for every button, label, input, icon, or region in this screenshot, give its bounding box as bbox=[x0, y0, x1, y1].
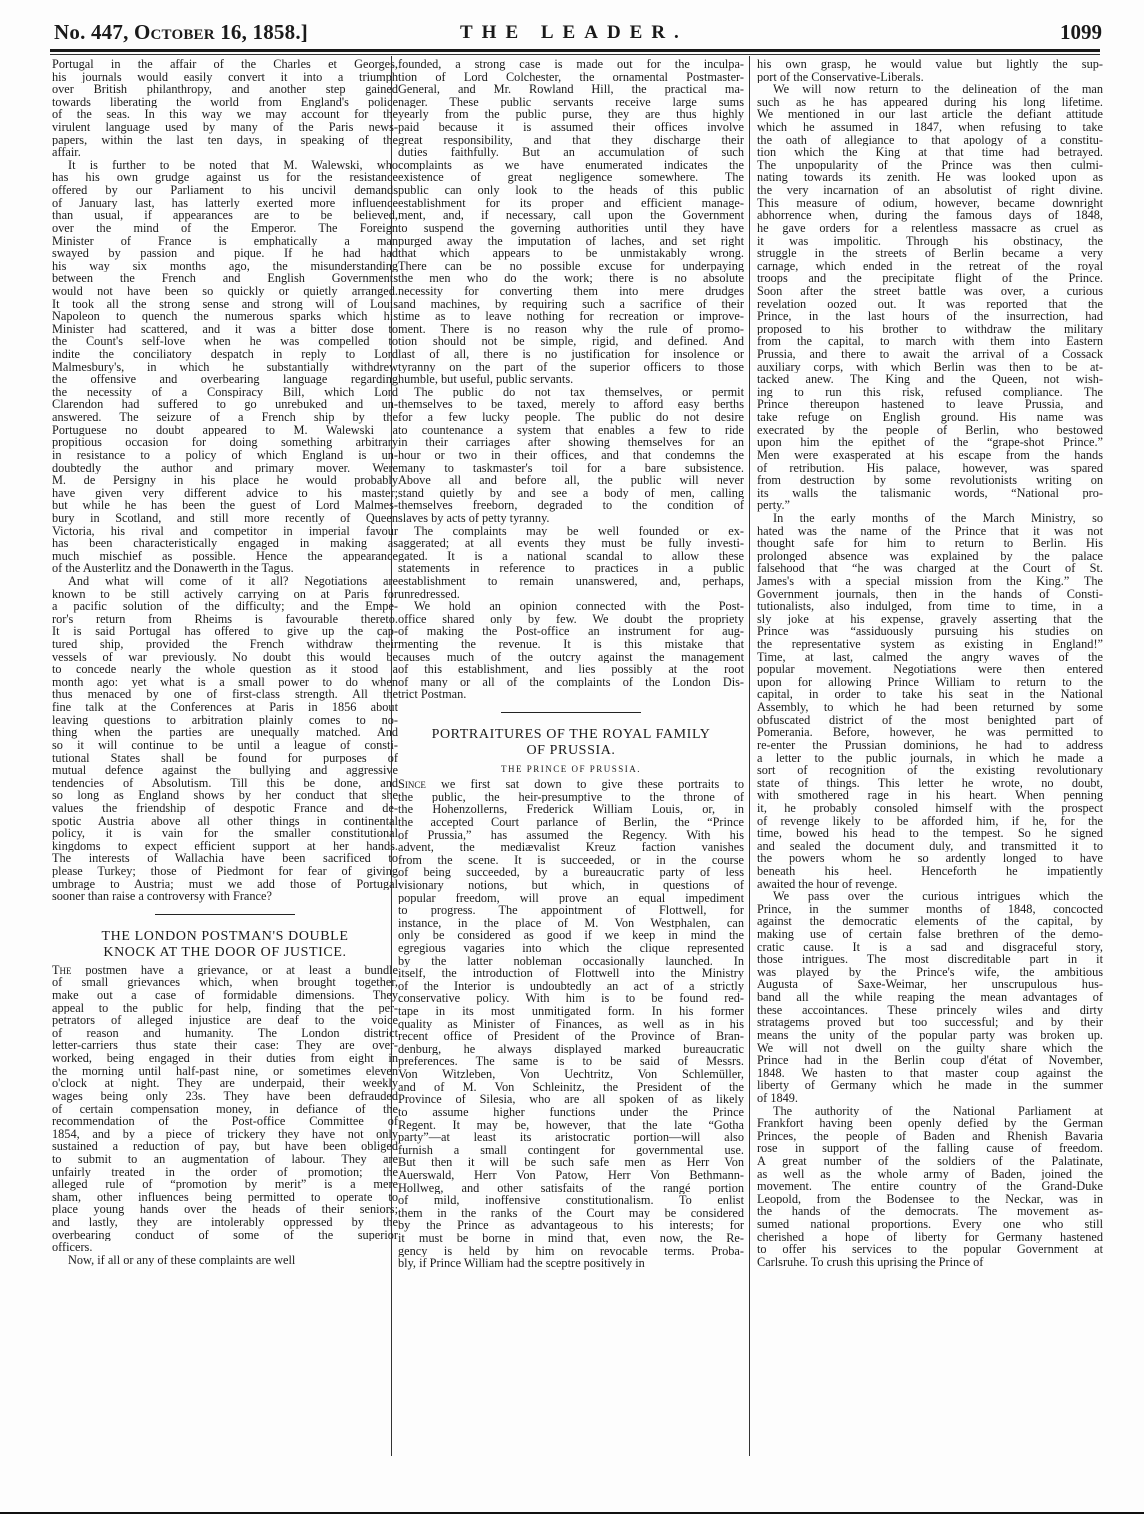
text-line: of retribution. His palace, however, was… bbox=[757, 462, 1103, 475]
text-line: a pacific solution of the difficulty; an… bbox=[52, 600, 398, 613]
text-line: liberty of Germany which he made in the … bbox=[757, 1079, 1103, 1092]
text-line: trict Postman. bbox=[398, 688, 744, 701]
text-line: Prince, in the summer months of 1848, co… bbox=[757, 903, 1103, 916]
text-line: Government journals, then in the hands o… bbox=[757, 588, 1103, 601]
text-line: answered. The seizure of a French ship b… bbox=[52, 411, 398, 424]
paragraph: The public do not tax themselves, or per… bbox=[398, 386, 744, 525]
text-line: paid because it is assumed their offices… bbox=[398, 121, 744, 134]
text-line: Auerswald, Herr Von Patow, Herr Von Beth… bbox=[398, 1169, 744, 1182]
text-line: of mild, inoffensive constitutionalism. … bbox=[398, 1194, 744, 1207]
text-line: rose in support of the falling cause of … bbox=[757, 1142, 1103, 1155]
text-line: and machines, by requiring such a sacrif… bbox=[398, 298, 744, 311]
text-line: for a few lucky people. The public do no… bbox=[398, 411, 744, 424]
text-line: has been characteristically engaged in m… bbox=[52, 537, 398, 550]
text-line: We will not dwell on the guilty share wh… bbox=[757, 1042, 1103, 1055]
text-line: awaited the hour of revenge. bbox=[757, 878, 1103, 891]
text-line: Malmesbury's, in which he substantially … bbox=[52, 361, 398, 374]
text-line: Frankfort having been openly defied by t… bbox=[757, 1117, 1103, 1130]
text-line: thus menaced by one of first-class stren… bbox=[52, 688, 398, 701]
text-line: have given very different advice to his … bbox=[52, 487, 398, 500]
text-line: A great number of the soldiers of the Pa… bbox=[757, 1155, 1103, 1168]
text-line: bly, if Prince William had the sceptre p… bbox=[398, 1257, 744, 1270]
header-rule-thick bbox=[50, 49, 1100, 52]
text-line: the morning until half-past nine, or som… bbox=[52, 1065, 398, 1078]
text-line: menting the revenue. It is this mistake … bbox=[398, 638, 744, 651]
text-line: but while he has been the guest of Lord … bbox=[52, 499, 398, 512]
text-line: place young hands over the heads of thei… bbox=[52, 1203, 398, 1216]
text-line: means the unity of the popular party was… bbox=[757, 1029, 1103, 1042]
text-line: troops and the precipitate flight of the… bbox=[757, 272, 1103, 285]
paragraph: founded, a strong case is made out for t… bbox=[398, 58, 744, 386]
heading-line: THE LONDON POSTMAN'S DOUBLE bbox=[52, 929, 398, 945]
issue-number: No. 447, bbox=[54, 20, 134, 44]
text-line: This measure of odium, however, became d… bbox=[757, 197, 1103, 210]
text-line: prolonged absence was explained by the p… bbox=[757, 550, 1103, 563]
text-line: towards liberating the world from Englan… bbox=[52, 96, 398, 109]
text-line: Portuguese no doubt appeared to M. Walew… bbox=[52, 424, 398, 437]
text-line: Assembly, to which he had been returned … bbox=[757, 701, 1103, 714]
text-line: it, he probably consoled himself with th… bbox=[757, 802, 1103, 815]
text-line: he gave orders for a relentless massacre… bbox=[757, 222, 1103, 235]
text-line: We pass over the curious intrigues which… bbox=[757, 890, 1103, 903]
text-line: and sealed the document duly, and transm… bbox=[757, 840, 1103, 853]
paragraph: And what will come of it all? Negotiatio… bbox=[52, 575, 398, 903]
text-line: We will now return to the delineation of… bbox=[757, 83, 1103, 96]
text-line: those intrigues. The most discreditable … bbox=[757, 953, 1103, 966]
text-line: in their carriages after showing themsel… bbox=[398, 436, 744, 449]
text-line: Prince thereupon hastened to leave Pruss… bbox=[757, 398, 1103, 411]
text-line: to offer his services to the popular Gov… bbox=[757, 1243, 1103, 1256]
text-line: of 1849. bbox=[757, 1092, 1103, 1105]
text-line: tutional States shall be found for purpo… bbox=[52, 752, 398, 765]
text-line: and of M. Von Schleinitz, the President … bbox=[398, 1081, 744, 1094]
text-line: ing to run this risk, refused compliance… bbox=[757, 386, 1103, 399]
text-line: upon for allowing Prince William to retu… bbox=[757, 676, 1103, 689]
text-line: slaves by acts of petty tyranny. bbox=[398, 512, 744, 525]
text-line: struggle in the streets of Berlin became… bbox=[757, 247, 1103, 260]
text-line: instance, in the place of M. Von Westpha… bbox=[398, 917, 744, 930]
text-line: advent, the mediævalist Kreuz faction va… bbox=[398, 841, 744, 854]
text-line: only be considered as good if we keep in… bbox=[398, 929, 744, 942]
text-line: stratagems proved but too successful; an… bbox=[757, 1016, 1103, 1029]
text-line: the offensive and overbearing language r… bbox=[52, 373, 398, 386]
paragraph: The postmen have a grievance, or at leas… bbox=[52, 964, 398, 1254]
text-line: hated was the name of the Prince that it… bbox=[757, 525, 1103, 538]
text-line: take refuge on English ground. His name … bbox=[757, 411, 1103, 424]
text-line: Prussia, and there to await the arrival … bbox=[757, 348, 1103, 361]
paragraph: We pass over the curious intrigues which… bbox=[757, 890, 1103, 1104]
text-line: beneath his heel. Henceforth he impatien… bbox=[757, 865, 1103, 878]
text-line: so long as England shows by her conduct … bbox=[52, 789, 398, 802]
text-line: 1848. We hasten to that master coup agai… bbox=[757, 1067, 1103, 1080]
text-line: humble, but useful, public servants. bbox=[398, 373, 744, 386]
text-line: execrated by the people of Berlin, who b… bbox=[757, 424, 1103, 437]
text-line: the powers whom he so ardently longed to… bbox=[757, 852, 1103, 865]
text-line: duties faithfully. But an accumulation o… bbox=[398, 146, 744, 159]
text-line: denburg, he always displayed marked bure… bbox=[398, 1043, 744, 1056]
text-line: The postmen have a grievance, or at leas… bbox=[52, 964, 398, 977]
text-line: over British philanthropy, and another s… bbox=[52, 83, 398, 96]
article-heading: THE LONDON POSTMAN'S DOUBLEKNOCK AT THE … bbox=[52, 929, 398, 961]
text-line: party”—at least its aristocratic portion… bbox=[398, 1131, 744, 1144]
text-line: a letter to the public journals, in whic… bbox=[757, 752, 1103, 765]
text-line: the men who do the work; there is no abs… bbox=[398, 272, 744, 285]
text-line: gency is held by him on revocable terms.… bbox=[398, 1245, 744, 1258]
text-line: from the capital, to march with them int… bbox=[757, 335, 1103, 348]
text-line: wages being only 23s. They have been def… bbox=[52, 1090, 398, 1103]
text-line: many to taskmaster's toil for a bare sub… bbox=[398, 462, 744, 475]
text-line: visionary notions, but which, in questio… bbox=[398, 879, 744, 892]
text-line: and lastly, they are intolerably oppress… bbox=[52, 1216, 398, 1229]
text-line: time as to leave nothing for recreation … bbox=[398, 310, 744, 323]
heading-line: PORTRAITURES OF THE ROYAL FAMILY bbox=[398, 727, 744, 743]
text-line: against the democratic elements of the c… bbox=[757, 915, 1103, 928]
lead-word: The bbox=[52, 964, 72, 977]
text-line: please Turkey; those of Piedmont for fea… bbox=[52, 865, 398, 878]
text-line: It is further to be noted that M. Walews… bbox=[52, 159, 398, 172]
text-line: of revenge likely to be afforded him, if… bbox=[757, 815, 1103, 828]
text-line: The complaints may be well founded or ex… bbox=[398, 525, 744, 538]
text-line: with smothered rage in his heart. When p… bbox=[757, 789, 1103, 802]
column-3: his own grasp, he would value but lightl… bbox=[757, 58, 1103, 1269]
text-line: them in the ranks of the Court may be co… bbox=[398, 1207, 744, 1220]
text-line: tion should not be simple, rigid, and de… bbox=[398, 335, 744, 348]
text-line: There can be no possible excuse for unde… bbox=[398, 260, 744, 273]
text-line: movement. The entire country of the Gran… bbox=[757, 1180, 1103, 1193]
text-line: worked, being engaged in their duties fr… bbox=[52, 1052, 398, 1065]
text-line: Men were exasperated at his escape from … bbox=[757, 449, 1103, 462]
text-line: as well as the whole army of Baden, join… bbox=[757, 1168, 1103, 1181]
text-line: known to be still actively carrying on a… bbox=[52, 588, 398, 601]
text-line: of certain compensation money, in defian… bbox=[52, 1103, 398, 1116]
text-line: itself, the introduction of Flottwell in… bbox=[398, 967, 744, 980]
text-line: than usual, if appearances are to be bel… bbox=[52, 209, 398, 222]
text-line: We hold an opinion connected with the Po… bbox=[398, 600, 744, 613]
text-line: nager. These public servants receive lar… bbox=[398, 96, 744, 109]
text-line: of Prussia,” has assumed the Regency. Wi… bbox=[398, 829, 744, 842]
text-line: the hands of the democrats. The movement… bbox=[757, 1205, 1103, 1218]
text-line: fine talk at the Conferences at Paris in… bbox=[52, 701, 398, 714]
text-line: furnish a small contingent for governmen… bbox=[398, 1144, 744, 1157]
text-line: Above all and before all, the public wil… bbox=[398, 474, 744, 487]
text-line: ment, and, if necessary, call upon the G… bbox=[398, 209, 744, 222]
text-line: tutionalists, also indulged, from time t… bbox=[757, 600, 1103, 613]
text-line: unfairly treated in the order of promoti… bbox=[52, 1166, 398, 1179]
text-line: of being succeeded, by a bureaucratic pa… bbox=[398, 866, 744, 879]
text-line: Augusta of Saxe-Weimar, her unscrupulous… bbox=[757, 978, 1103, 991]
text-line: tacked anew. The King and the Queen, not… bbox=[757, 373, 1103, 386]
text-line: necessity for converting them into mere … bbox=[398, 285, 744, 298]
text-line: egregious vagaries into which the clique… bbox=[398, 942, 744, 955]
text-line: Von Witzleben, Von Uechtritz, Von Schlem… bbox=[398, 1068, 744, 1081]
paragraph: We will now return to the delineation of… bbox=[757, 83, 1103, 512]
text-line: to submit to an augmentation of labour. … bbox=[52, 1153, 398, 1166]
text-line: purged away the imputation of laches, an… bbox=[398, 235, 744, 248]
text-line: making use of certain false brethren of … bbox=[757, 928, 1103, 941]
header-rule-thin bbox=[50, 54, 1100, 55]
text-line: founded, a strong case is made out for t… bbox=[398, 58, 744, 71]
text-line: aggerated; at all events they must be fu… bbox=[398, 537, 744, 550]
text-line: Province of Silesia, who are all spoken … bbox=[398, 1093, 744, 1106]
paragraph: We hold an opinion connected with the Po… bbox=[398, 600, 744, 701]
text-line: to concede nearly the whole question as … bbox=[52, 663, 398, 676]
text-line: And what will come of it all? Negotiatio… bbox=[52, 575, 398, 588]
text-line: would not have been so quickly or quietl… bbox=[52, 285, 398, 298]
text-line: thought safe for him to return to Berlin… bbox=[757, 537, 1103, 550]
text-line: appeal to the public for help, finding t… bbox=[52, 1002, 398, 1015]
text-line: affair. bbox=[52, 146, 398, 159]
text-line: to suspend the governing authorities unt… bbox=[398, 222, 744, 235]
text-line: popular freedom, will prove an equal imp… bbox=[398, 892, 744, 905]
text-line: public can only look to the heads of thi… bbox=[398, 184, 744, 197]
paragraph: It is further to be noted that M. Walews… bbox=[52, 159, 398, 575]
text-line: obfuscated district of the most benighte… bbox=[757, 714, 1103, 727]
text-line: falsehood that “he was charged at the Co… bbox=[757, 562, 1103, 575]
text-line: But then it will be such safe men as Her… bbox=[398, 1156, 744, 1169]
text-line: cratic cause. It is a sad and disgracefu… bbox=[757, 941, 1103, 954]
text-line: thing when the parties are unequally mat… bbox=[52, 726, 398, 739]
text-line: yearly from the public purse, they are t… bbox=[398, 108, 744, 121]
text-line: We mentioned in our last article the def… bbox=[757, 108, 1103, 121]
text-line: James's with a special mission from the … bbox=[757, 575, 1103, 588]
text-line: complaints as we have enumerated indicat… bbox=[398, 159, 744, 172]
page-number: 1099 bbox=[1060, 20, 1102, 45]
text-line: overbearing conduct of some of the super… bbox=[52, 1229, 398, 1242]
text-line: quality as Minister of Finances, as well… bbox=[398, 1018, 744, 1031]
text-line: tion of Lord Colchester, the ornamental … bbox=[398, 71, 744, 84]
text-line: his way six months ago, the misunderstan… bbox=[52, 260, 398, 273]
text-line: tendencies of Absolutism. Till this be d… bbox=[52, 777, 398, 790]
text-line: of this establishment, and lies possibly… bbox=[398, 663, 744, 676]
text-line: Carlsruhe. To crush this uprising the Pr… bbox=[757, 1256, 1103, 1269]
text-line: officers. bbox=[52, 1241, 398, 1254]
text-line: state of things. This letter he wrote, n… bbox=[757, 777, 1103, 790]
text-line: between the French and English Governmen… bbox=[52, 272, 398, 285]
text-line: Princes, the people of Baden and Rhenish… bbox=[757, 1130, 1103, 1143]
text-line: General, and Mr. Rowland Hill, the pract… bbox=[398, 83, 744, 96]
text-line: so it will continue to be until a league… bbox=[52, 739, 398, 752]
text-line: its walls the talismanic words, “Nationa… bbox=[757, 487, 1103, 500]
text-line: the Hohenzollerns, Frederick William Lou… bbox=[398, 803, 744, 816]
text-line: band all the while reaping the mean adva… bbox=[757, 991, 1103, 1004]
text-line: unredressed. bbox=[398, 588, 744, 601]
text-line: virulent language used by many of the Pa… bbox=[52, 121, 398, 134]
text-line: petrators of alleged injustice are deaf … bbox=[52, 1014, 398, 1027]
article-separator bbox=[155, 914, 295, 915]
article-subheading: THE PRINCE OF PRUSSIA. bbox=[398, 762, 744, 776]
text-line: abhorrence when, during the famous days … bbox=[757, 209, 1103, 222]
text-line: which he assumed in 1847, when refusing … bbox=[757, 121, 1103, 134]
text-line: 1854, and by a piece of trickery they ha… bbox=[52, 1128, 398, 1141]
text-line: tyranny on the part of the superior offi… bbox=[398, 361, 744, 374]
text-line: tured ship, provided the French withdraw… bbox=[52, 638, 398, 651]
text-line: cherished a hope of liberty for Germany … bbox=[757, 1231, 1103, 1244]
text-line: Pomerania. Before, however, he was permi… bbox=[757, 726, 1103, 739]
text-line: Portugal in the affair of the Charles et… bbox=[52, 58, 398, 71]
text-line: from destruction by some revolutionists … bbox=[757, 474, 1103, 487]
text-line: of the Austerlitz and the Donawerth in t… bbox=[52, 562, 398, 575]
text-line: last of all, there is no justification f… bbox=[398, 348, 744, 361]
text-line: alleged rule of “promotion by merit” is … bbox=[52, 1178, 398, 1191]
text-line: has his own grudge against us for the re… bbox=[52, 171, 398, 184]
text-line: to countenance a system that enables a f… bbox=[398, 424, 744, 437]
text-line: upon him the epithet of the “grape-shot … bbox=[757, 436, 1103, 449]
text-line: hour or two in their offices, and that c… bbox=[398, 449, 744, 462]
text-line: office shared only by few. We doubt the … bbox=[398, 613, 744, 626]
text-line: mutual defence against the bullying and … bbox=[52, 764, 398, 777]
text-line: of the seas. In this way we may account … bbox=[52, 108, 398, 121]
text-line: propitious occasion for doing something … bbox=[52, 436, 398, 449]
text-line: Since we first sat down to give these po… bbox=[398, 778, 744, 791]
text-line: Now, if all or any of these complaints a… bbox=[52, 1254, 398, 1267]
lead-word: Since bbox=[398, 778, 426, 791]
text-line: The interests of Wallachia have been sac… bbox=[52, 852, 398, 865]
text-line: time, bowed his head to the tempest. So … bbox=[757, 827, 1103, 840]
text-line: Prince was “assiduously pursuing his stu… bbox=[757, 625, 1103, 638]
text-line: It took all the strong sense and strong … bbox=[52, 298, 398, 311]
text-line: by the latter nobleman occasionally laun… bbox=[398, 955, 744, 968]
text-line: Time, at last, calmed the angry waves of… bbox=[757, 651, 1103, 664]
text-line: the accepted Court parlance of Berlin, t… bbox=[398, 816, 744, 829]
text-line: was played by the Prince's wife, the amb… bbox=[757, 966, 1103, 979]
text-line: port of the Conservative-Liberals. bbox=[757, 71, 1103, 84]
text-line: the public, the heir-presumptive to the … bbox=[398, 791, 744, 804]
text-line: Minister had scattered, and it was a bit… bbox=[52, 323, 398, 336]
text-line: Victoria, his rival and competitor in im… bbox=[52, 525, 398, 538]
text-line: of making the Post-office an instrument … bbox=[398, 625, 744, 638]
text-line: recent office of President of the Provin… bbox=[398, 1030, 744, 1043]
text-line: from the scene. It is succeeded, or in t… bbox=[398, 854, 744, 867]
text-line: policy, it is vain for the smaller const… bbox=[52, 827, 398, 840]
text-line: Minister of France is emphatically a man bbox=[52, 235, 398, 248]
text-line: Hollweg, and other satisfaits of the ran… bbox=[398, 1182, 744, 1195]
masthead: No. 447, October 16, 1858.] THE LEADER. … bbox=[54, 20, 1104, 50]
text-line: his own grasp, he would value but lightl… bbox=[757, 58, 1103, 71]
paragraph: The complaints may be well founded or ex… bbox=[398, 525, 744, 601]
text-line: of many or all of the complaints of the … bbox=[398, 676, 744, 689]
text-line: the very incarnation of an absolutist of… bbox=[757, 184, 1103, 197]
text-line: stand quietly by and see a body of men, … bbox=[398, 487, 744, 500]
text-line: of the Interior is undoubtedly an act of… bbox=[398, 980, 744, 993]
text-line: gated. It is a national scandal to allow… bbox=[398, 550, 744, 563]
text-line: themselves freeborn, degraded to the con… bbox=[398, 499, 744, 512]
text-line: recommendation of the Post-office Commit… bbox=[52, 1115, 398, 1128]
text-line: of reason and humanity. The London distr… bbox=[52, 1027, 398, 1040]
column-1: Portugal in the affair of the Charles et… bbox=[52, 58, 398, 1266]
text-line: sly joke at his expense, gravely asserti… bbox=[757, 613, 1103, 626]
text-line: In the early months of the March Ministr… bbox=[757, 512, 1103, 525]
paragraph: The authority of the National Parliament… bbox=[757, 1105, 1103, 1269]
issue-month: October bbox=[134, 20, 215, 44]
text-line: umbrage to Austria; must we add those of… bbox=[52, 878, 398, 891]
text-line: perty.” bbox=[757, 499, 1103, 512]
text-line: Regent. It may be, however, that the lat… bbox=[398, 1119, 744, 1132]
text-line: great responsibility, and that they disc… bbox=[398, 134, 744, 147]
text-line: sumed national proportions. Every one wh… bbox=[757, 1218, 1103, 1231]
text-line: ment. There is no reason why the rule of… bbox=[398, 323, 744, 336]
text-line: The unpopularity of the Prince was then … bbox=[757, 159, 1103, 172]
text-line: offered by our Parliament to his uncivil… bbox=[52, 184, 398, 197]
text-line: nating towards its zenith. He was looked… bbox=[757, 171, 1103, 184]
text-line: statements in reference to practices in … bbox=[398, 562, 744, 575]
heading-line: OF PRUSSIA. bbox=[398, 743, 744, 759]
text-line: such as he has appeared during his long … bbox=[757, 96, 1103, 109]
paragraph: his own grasp, he would value but lightl… bbox=[757, 58, 1103, 83]
text-line: to assume higher functions under the Pri… bbox=[398, 1106, 744, 1119]
text-line: re-enter the Prussian dominions, he had … bbox=[757, 739, 1103, 752]
text-line: Clarendon had suffered to go unrebuked a… bbox=[52, 398, 398, 411]
text-line: establishment to remain unanswered, and,… bbox=[398, 575, 744, 588]
text-line: the Count's self-love when he was compel… bbox=[52, 335, 398, 348]
text-line: Prince, in the last hours of the insurre… bbox=[757, 310, 1103, 323]
text-line: papers, within the last ten days, in spe… bbox=[52, 134, 398, 147]
text-line: spotic Austria above all other things in… bbox=[52, 815, 398, 828]
text-line: Prince had in the Berlin coup d'état of … bbox=[757, 1054, 1103, 1067]
text-line: establishment for its proper and efficie… bbox=[398, 197, 744, 210]
text-line: it must be borne in mind that, even now,… bbox=[398, 1232, 744, 1245]
text-line: the necessity of a Conspiracy Bill, whic… bbox=[52, 386, 398, 399]
text-line: It is said Portugal has offered to give … bbox=[52, 625, 398, 638]
paragraph: Now, if all or any of these complaints a… bbox=[52, 1254, 398, 1267]
text-line: causes much of the outcry against the ma… bbox=[398, 651, 744, 664]
text-line: preferences. The same is to be said of M… bbox=[398, 1055, 744, 1068]
text-line: The authority of the National Parliament… bbox=[757, 1105, 1103, 1118]
text-line: existence of great negligence somewhere.… bbox=[398, 171, 744, 184]
text-line: that which appears to be unmistakably wr… bbox=[398, 247, 744, 260]
text-line: sham, other influences being permitted t… bbox=[52, 1191, 398, 1204]
issue-date: No. 447, October 16, 1858.] bbox=[54, 20, 308, 45]
text-line: Soon after the street battle was over, a… bbox=[757, 285, 1103, 298]
text-line: ror's return from Rheims is favourable t… bbox=[52, 613, 398, 626]
text-line: kingdoms to expect efficient support at … bbox=[52, 840, 398, 853]
text-line: tape in its most unmitigated form. In hi… bbox=[398, 1005, 744, 1018]
text-line: doubtedly the author and primary mover. … bbox=[52, 462, 398, 475]
text-line: in resistance to a policy of which Engla… bbox=[52, 449, 398, 462]
text-line: the oath of allegiance to that apology o… bbox=[757, 134, 1103, 147]
text-line: swayed by passion and pique. If he had h… bbox=[52, 247, 398, 260]
text-line: o'clock at night. They are underpaid, th… bbox=[52, 1077, 398, 1090]
paragraph: Since we first sat down to give these po… bbox=[398, 778, 744, 1270]
newspaper-title: THE LEADER. bbox=[460, 22, 688, 44]
text-line: these accointances. These princely wiles… bbox=[757, 1004, 1103, 1017]
text-line: themselves to be taxed, merely to afford… bbox=[398, 398, 744, 411]
text-line: proposed to his brother to withdraw the … bbox=[757, 323, 1103, 336]
text-line: his journals would easily convert it int… bbox=[52, 71, 398, 84]
column-divider bbox=[749, 56, 750, 1456]
text-line: by the Prince as advantageous to his int… bbox=[398, 1219, 744, 1232]
text-line: month ago: yet what is a small power to … bbox=[52, 676, 398, 689]
text-line: popular movement. Negotiations were then… bbox=[757, 663, 1103, 676]
article-heading: PORTRAITURES OF THE ROYAL FAMILYOF PRUSS… bbox=[398, 727, 744, 759]
text-line: auxiliary corps, with which Berlin was t… bbox=[757, 361, 1103, 374]
paragraph: In the early months of the March Ministr… bbox=[757, 512, 1103, 890]
text-line: sooner than raise a controversy with Fra… bbox=[52, 890, 398, 903]
text-line: values the friendship of despotic France… bbox=[52, 802, 398, 815]
text-line: over the mind of the Emperor. The Foreig… bbox=[52, 222, 398, 235]
text-line: it was impolitic. Through his obstinacy,… bbox=[757, 235, 1103, 248]
text-line: bury in Scotland, and still more recentl… bbox=[52, 512, 398, 525]
text-line: make out a case of formidable dimensions… bbox=[52, 989, 398, 1002]
text-line: of January last, has latterly exerted mo… bbox=[52, 197, 398, 210]
text-line: sort of recognition of the existing revo… bbox=[757, 764, 1103, 777]
text-line: conservative policy. With him is to be f… bbox=[398, 992, 744, 1005]
text-line: sustained a reduction of pay, but have b… bbox=[52, 1140, 398, 1153]
text-line: M. de Persigny in his place he would pro… bbox=[52, 474, 398, 487]
text-line: Napoleon to quench the numerous sparks w… bbox=[52, 310, 398, 323]
heading-line: KNOCK AT THE DOOR OF JUSTICE. bbox=[52, 945, 398, 961]
text-line: of small grievances which, when brought … bbox=[52, 976, 398, 989]
text-line: carnage, which ended in the retreat of t… bbox=[757, 260, 1103, 273]
